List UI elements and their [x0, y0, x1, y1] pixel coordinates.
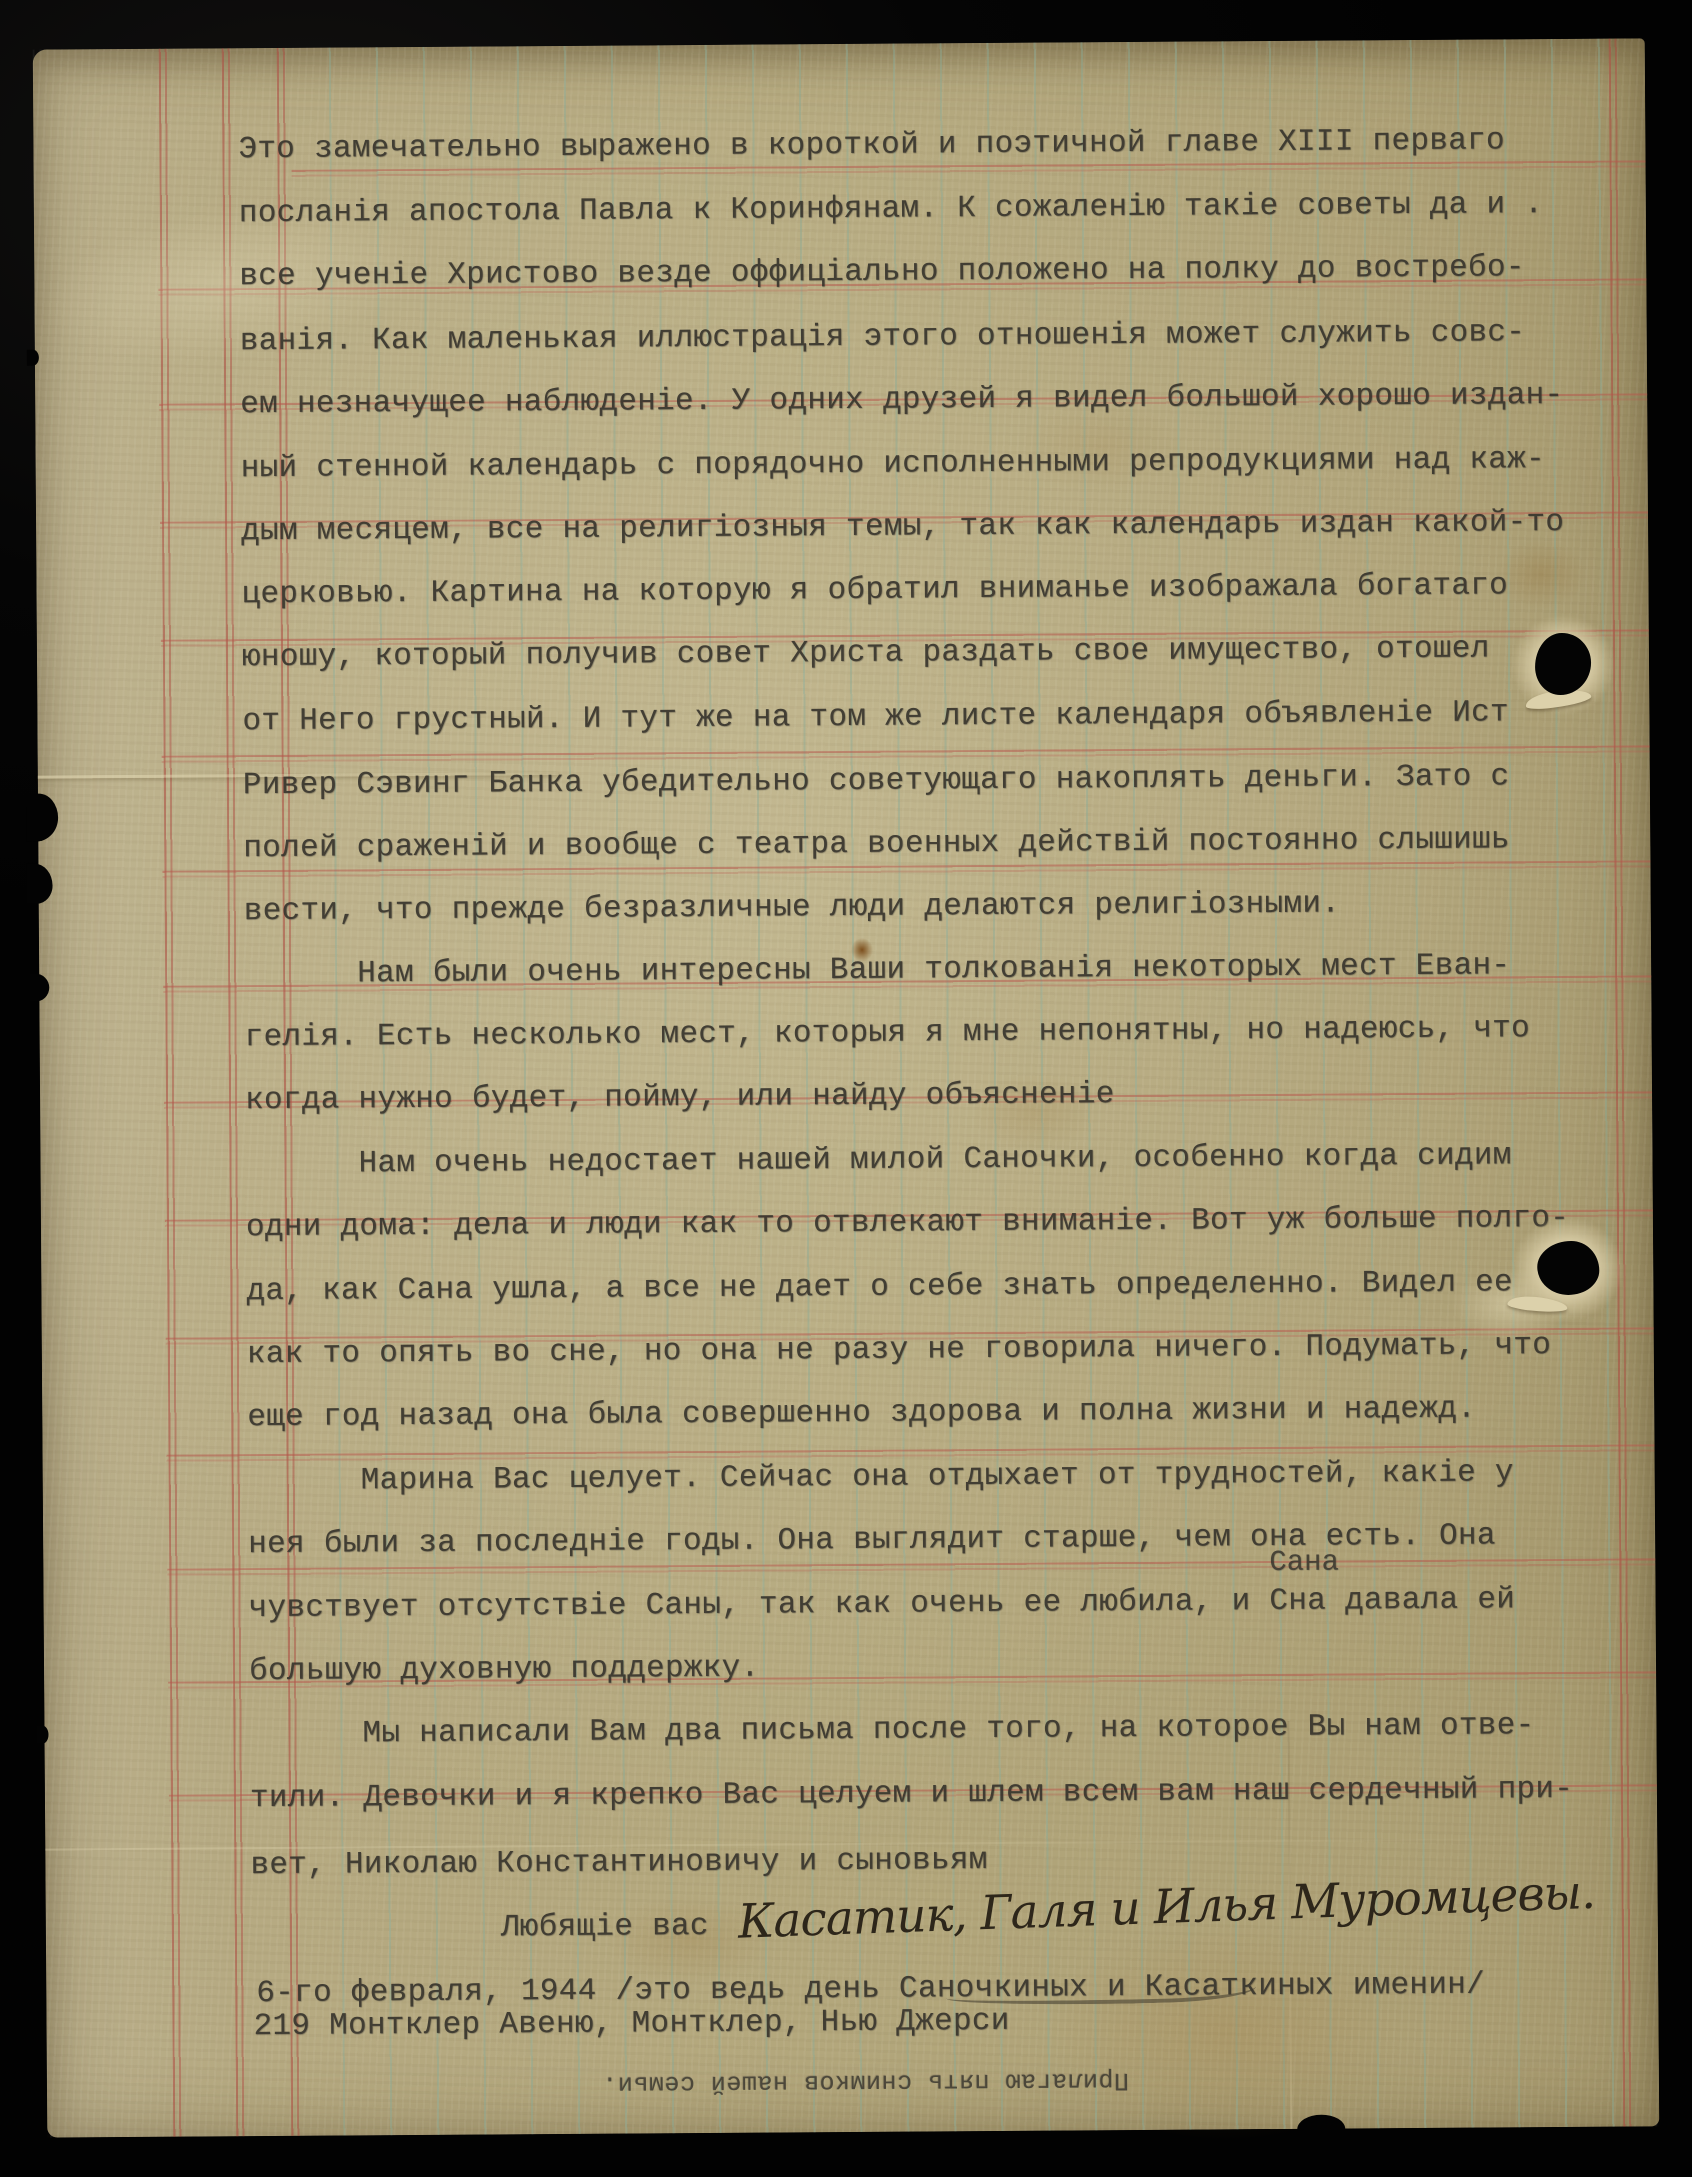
scanner-background: Это замечательно выражено в короткой и п…	[0, 0, 1692, 2177]
edge-notch	[29, 974, 49, 1002]
edge-notch	[36, 1726, 48, 1744]
red-margin-rule	[159, 49, 183, 2137]
red-margin-rule	[222, 48, 246, 2136]
letter-line: большую духовную поддержку.	[249, 1651, 760, 1690]
interline-correction: Сана	[1269, 1546, 1339, 1579]
edge-notch	[27, 350, 39, 366]
edge-notch	[26, 793, 58, 841]
closing-typed-label: Любящіе вас	[501, 1909, 709, 1945]
address-line: 219 Монтклер Авеню, Монтклер, Нью Джерси	[253, 2004, 1009, 2044]
letter-line: вет, Николаю Константиновичу и сыновьям	[250, 1843, 987, 1883]
punch-hole	[1537, 1241, 1599, 1295]
letter-page: Это замечательно выражено в короткой и п…	[33, 38, 1660, 2137]
letter-line: когда нужно будет, пойму, или найду объя…	[245, 1077, 1115, 1118]
flipped-note: Прилагаю пять снимков нашей семьи.	[602, 2066, 1129, 2099]
edge-notch	[26, 864, 52, 904]
